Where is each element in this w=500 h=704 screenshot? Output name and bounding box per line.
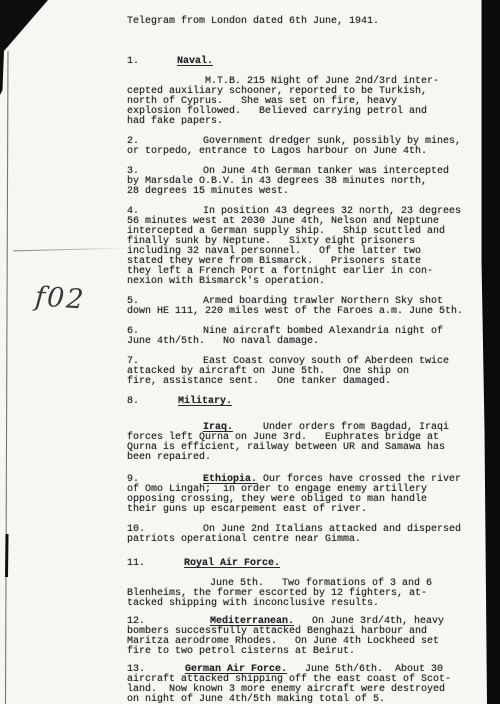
paragraph-number: 11. <box>127 559 145 569</box>
paragraph-lead-text: Our forces have crossed the river <box>257 474 461 485</box>
paragraph-continuation: June 4th/5th. No naval damage. <box>127 337 483 347</box>
paragraph: 2.Government dredger sunk, possibly by m… <box>127 137 483 157</box>
paragraph-first-line: M.T.B. 215 Night of June 2nd/3rd inter- <box>127 77 483 87</box>
paragraph-continuation: by Marsdale O.B.V. in 43 degrees 38 minu… <box>127 177 483 197</box>
paragraph-first-line: 9.Ethiopia. Our forces have crossed the … <box>127 475 483 485</box>
paragraph: 9.Ethiopia. Our forces have crossed the … <box>127 475 483 515</box>
section-heading: German Air Force. <box>185 664 287 675</box>
paragraph-continuation: of Omo Lingah; in order to engage enemy … <box>127 485 483 515</box>
paragraph: M.T.B. 215 Night of June 2nd/3rd inter- … <box>127 77 483 127</box>
paragraph-first-line: 12.Mediterranean. On June 3rd/4th, heavy <box>127 617 483 627</box>
paragraph-lead-text: Government dredger sunk, possibly by min… <box>203 136 461 147</box>
paragraph-number: 6. <box>127 327 139 337</box>
paragraph-first-line: 10.On June 2nd Italians attacked and dis… <box>127 525 483 535</box>
paragraph: 7.East Coast convoy south of Aberdeen tw… <box>127 357 483 387</box>
paragraph: 1.Naval. <box>127 57 483 67</box>
top-left-scan-corner <box>0 0 48 95</box>
paragraph-number: 8. <box>127 397 139 407</box>
paragraph-first-line: 8.Military. <box>127 397 483 407</box>
paragraph-number: 5. <box>127 297 139 307</box>
paragraph-lead-text: M.T.B. 215 Night of June 2nd/3rd inter- <box>205 76 439 87</box>
paragraph: June 5th. Two formations of 3 and 6 Blen… <box>127 579 483 609</box>
pencil-mark <box>13 248 126 252</box>
paragraph-lead-text: On June 2nd Italians attacked and disper… <box>203 524 461 535</box>
paragraph-continuation: attacked by aircraft on June 5th. One sh… <box>127 367 483 387</box>
paragraph-continuation: bombers successfully attacked Benghazi h… <box>127 627 483 657</box>
document-page: f02 Telegram from London dated 6th June,… <box>0 0 500 704</box>
paragraph: 11.Royal Air Force. <box>127 559 483 569</box>
handwritten-annotation: f02 <box>34 282 86 315</box>
paragraph-number: 3. <box>127 167 139 177</box>
paragraph-continuation: or torpedo, entrance to Lagos harbour on… <box>127 147 483 157</box>
paragraph: 4.In position 43 degrees 32 north, 23 de… <box>127 207 483 287</box>
paragraph-number: 10. <box>127 525 145 535</box>
paragraph: 12.Mediterranean. On June 3rd/4th, heavy… <box>127 617 483 657</box>
paragraph-first-line: Iraq. Under orders from Bagdad, Iraqi <box>127 423 483 433</box>
section-heading: Iraq. <box>203 422 233 433</box>
paragraph-first-line: 13.German Air Force. June 5th/6th. About… <box>127 665 483 675</box>
paragraph-first-line: 2.Government dredger sunk, possibly by m… <box>127 137 483 147</box>
paragraph-first-line: 4.In position 43 degrees 32 north, 23 de… <box>127 207 483 217</box>
paragraph: 5.Armed boarding trawler Northern Sky sh… <box>127 297 483 317</box>
telegram-text: Telegram from London dated 6th June, 194… <box>127 17 483 704</box>
paragraph-continuation: aircraft attacked shipping off the east … <box>127 675 483 704</box>
paragraph: 8.Military. <box>127 397 483 407</box>
paragraph-number: 13. <box>127 665 145 675</box>
paragraph-number: 1. <box>127 57 139 67</box>
left-page-edge-line <box>6 51 9 704</box>
paragraph-number: 12. <box>127 617 145 627</box>
section-heading: Military. <box>178 396 232 407</box>
paragraph-first-line: June 5th. Two formations of 3 and 6 <box>127 579 483 589</box>
paragraph-number: 2. <box>127 137 139 147</box>
paragraph-lead-text: June 5th. Two formations of 3 and 6 <box>210 578 432 589</box>
paragraph-continuation: down HE 111, 220 miles west of the Faroe… <box>127 307 483 317</box>
paragraph-first-line: 7.East Coast convoy south of Aberdeen tw… <box>127 357 483 367</box>
paragraph-lead-text: Nine aircraft bombed Alexandria night of <box>203 326 443 337</box>
paragraph-lead-text: East Coast convoy south of Aberdeen twic… <box>203 356 449 367</box>
right-scan-border <box>482 0 500 704</box>
paragraph-number: 9. <box>127 475 139 485</box>
paragraph: 3.On June 4th German tanker was intercep… <box>127 167 483 197</box>
paragraph-lead-text: On June 3rd/4th, heavy <box>294 616 444 627</box>
paragraph-lead-text: Under orders from Bagdad, Iraqi <box>233 422 449 433</box>
section-heading: Naval. <box>177 56 213 67</box>
paragraph-continuation: Blenheims, the former escorted by 12 fig… <box>127 589 483 609</box>
paragraph-first-line: 5.Armed boarding trawler Northern Sky sh… <box>127 297 483 307</box>
paragraph: Iraq. Under orders from Bagdad, Iraqi fo… <box>127 423 483 463</box>
paragraph-first-line: 6.Nine aircraft bombed Alexandria night … <box>127 327 483 337</box>
paragraph-first-line: 3.On June 4th German tanker was intercep… <box>127 167 483 177</box>
document-title: Telegram from London dated 6th June, 194… <box>127 17 483 27</box>
paragraph-number: 7. <box>127 357 139 367</box>
paragraph-lead-text: Armed boarding trawler Northern Sky shot <box>203 296 443 307</box>
section-heading: Royal Air Force. <box>184 558 280 569</box>
paragraph-continuation: cepted auxiliary schooner, reported to b… <box>127 87 483 127</box>
paragraph-number: 4. <box>127 207 139 217</box>
paragraph: 10.On June 2nd Italians attacked and dis… <box>127 525 483 545</box>
paragraph: 6.Nine aircraft bombed Alexandria night … <box>127 327 483 347</box>
section-heading: Ethiopia. <box>203 474 257 485</box>
left-page-edge-mark <box>7 534 8 577</box>
paragraph-first-line: 1.Naval. <box>127 57 483 67</box>
paragraph-lead-text: In position 43 degrees 32 north, 23 degr… <box>203 206 461 217</box>
paragraph-lead-text: On June 4th German tanker was intercepte… <box>203 166 449 177</box>
paragraph-continuation: patriots operational centre near Gimma. <box>127 535 483 545</box>
paragraph: 13.German Air Force. June 5th/6th. About… <box>127 665 483 704</box>
paragraph-lead-text: June 5th/6th. About 30 <box>287 664 443 675</box>
paragraph-first-line: 11.Royal Air Force. <box>127 559 483 569</box>
paragraph-continuation: forces left Qurna on June 3rd. Euphrates… <box>127 433 483 463</box>
paragraph-continuation: 56 minutes west at 2030 June 4th, Nelson… <box>127 217 483 287</box>
section-heading: Mediterranean. <box>210 616 294 627</box>
